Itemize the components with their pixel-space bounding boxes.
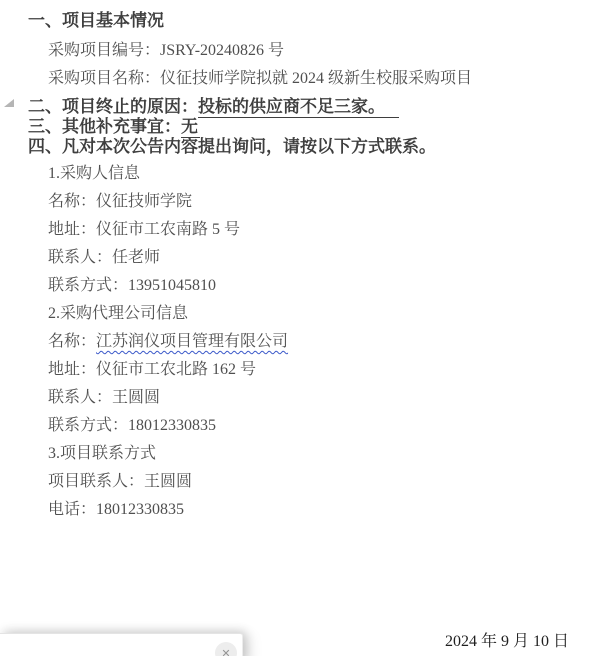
section-heading-termination-reason: 二、项目终止的原因：投标的供应商不足三家。 xyxy=(28,97,399,118)
project-name-line: 采购项目名称：仪征技师学院拟就 2024 级新生校服采购项目 xyxy=(48,69,472,89)
project-number-line: 采购项目编号：JSRY-20240826 号 xyxy=(48,41,284,61)
purchaser-phone-line: 联系方式：13951045810 xyxy=(48,276,216,296)
close-button[interactable]: ✕ xyxy=(215,642,237,656)
other-matters-value: 无 xyxy=(181,117,200,138)
termination-reason-label: 二、项目终止的原因： xyxy=(28,97,198,116)
document-page: 一、项目基本情况 采购项目编号：JSRY-20240826 号 采购项目名称：仪… xyxy=(0,0,590,656)
agency-name-grammar-marked: 江苏润仪项目管理有限公司 xyxy=(96,333,288,350)
purchaser-address-line: 地址：仪征市工农南路 5 号 xyxy=(48,220,240,240)
announcement-date: 2024 年 9 月 10 日 xyxy=(445,632,569,652)
agency-name-label: 名称： xyxy=(48,333,96,350)
agency-info-title: 2.采购代理公司信息 xyxy=(48,304,188,324)
project-contact-title: 3.项目联系方式 xyxy=(48,444,156,464)
section-heading-basic-info: 一、项目基本情况 xyxy=(28,11,164,31)
project-contact-phone-line: 电话：18012330835 xyxy=(48,500,184,520)
agency-name-line: 名称：江苏润仪项目管理有限公司 xyxy=(48,332,288,352)
section-heading-other-matters: 三、其他补充事宜：无 xyxy=(28,117,200,138)
termination-reason-value: 投标的供应商不足三家。 xyxy=(198,97,399,118)
purchaser-info-title: 1.采购人信息 xyxy=(48,164,140,184)
agency-phone-line: 联系方式：18012330835 xyxy=(48,416,216,436)
popup-card: ✕ xyxy=(0,633,243,656)
agency-contact-person-line: 联系人：王圆圆 xyxy=(48,388,160,408)
purchaser-contact-person-line: 联系人：任老师 xyxy=(48,248,160,268)
purchaser-name-line: 名称：仪征技师学院 xyxy=(48,192,192,212)
outline-collapse-icon[interactable] xyxy=(4,99,14,107)
other-matters-label: 三、其他补充事宜： xyxy=(28,117,181,136)
project-contact-person-line: 项目联系人：王圆圆 xyxy=(48,472,192,492)
agency-address-line: 地址：仪征市工农北路 162 号 xyxy=(48,360,256,380)
close-icon: ✕ xyxy=(221,648,230,656)
section-heading-inquiry-contact: 四、凡对本次公告内容提出询问，请按以下方式联系。 xyxy=(28,137,436,157)
